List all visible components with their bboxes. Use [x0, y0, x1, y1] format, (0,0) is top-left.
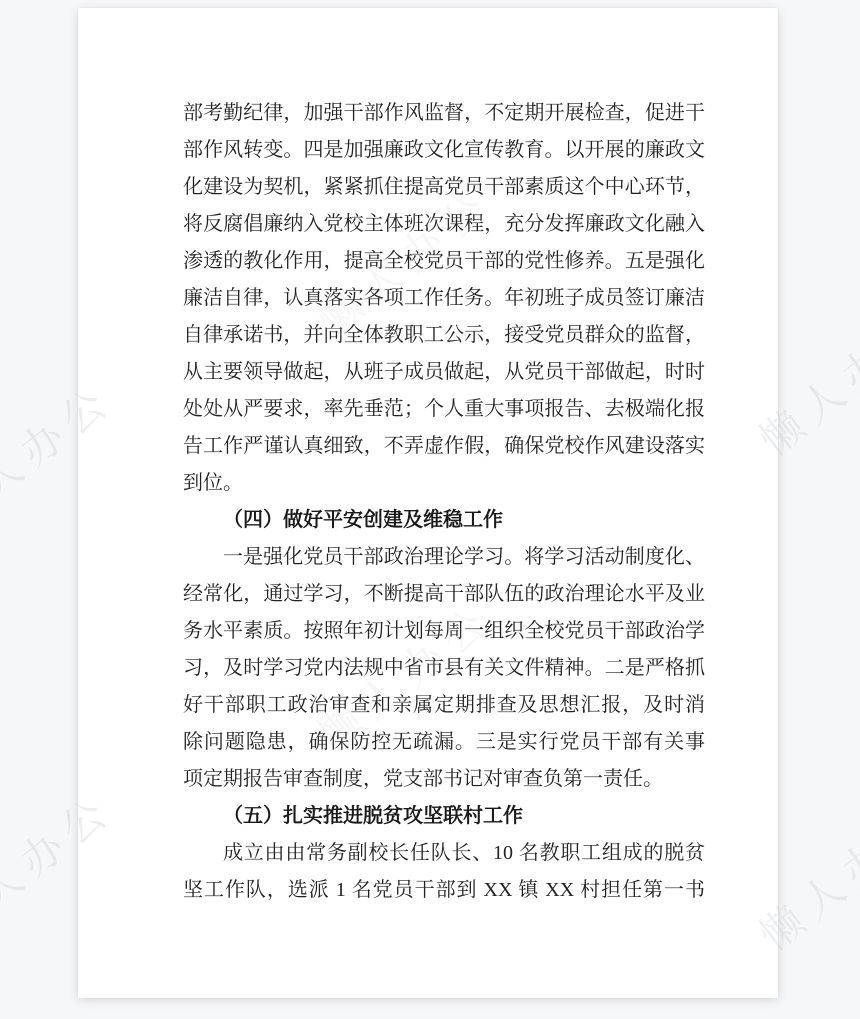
- body-line: 化建设为契机，紧紧抓住提高党员干部素质这个中心环节，: [183, 169, 705, 206]
- document-page: 部考勤纪律，加强干部作风监督，不定期开展检查，促进干 部作风转变。四是加强廉政文…: [78, 8, 778, 998]
- section-heading-5: （五）扎实推进脱贫攻坚联村工作: [183, 798, 705, 835]
- body-line: 从主要领导做起，从班子成员做起，从党员干部做起，时时: [183, 354, 705, 391]
- body-line: 告工作严谨认真细致，不弄虚作假，确保党校作风建设落实: [183, 428, 705, 465]
- body-line: 除问题隐患，确保防控无疏漏。三是实行党员干部有关事: [183, 724, 705, 761]
- body-line: 一是强化党员干部政治理论学习。将学习活动制度化、: [183, 539, 705, 576]
- body-line: 项定期报告审查制度，党支部书记对审查负第一责任。: [183, 761, 705, 798]
- body-line: 渗透的教化作用，提高全校党员干部的党性修养。五是强化: [183, 243, 705, 280]
- body-line: 将反腐倡廉纳入党校主体班次课程，充分发挥廉政文化融入: [183, 206, 705, 243]
- body-line: 经常化，通过学习，不断提高干部队伍的政治理论水平及业: [183, 576, 705, 613]
- body-line: 廉洁自律，认真落实各项工作任务。年初班子成员签订廉洁: [183, 280, 705, 317]
- body-line: 坚工作队，选派 1 名党员干部到 XX 镇 XX 村担任第一书记。: [183, 872, 705, 909]
- body-line: 部考勤纪律，加强干部作风监督，不定期开展检查，促进干: [183, 95, 705, 132]
- body-line: 部作风转变。四是加强廉政文化宣传教育。以开展的廉政文: [183, 132, 705, 169]
- body-line: 成立由由常务副校长任队长、10 名教职工组成的脱贫攻: [183, 835, 705, 872]
- body-line: 务水平素质。按照年初计划每周一组织全校党员干部政治学: [183, 613, 705, 650]
- document-viewer: { "colors": { "background": "#f6f7f8", "…: [0, 0, 860, 1019]
- body-line: 到位。: [183, 465, 705, 502]
- document-body: 部考勤纪律，加强干部作风监督，不定期开展检查，促进干 部作风转变。四是加强廉政文…: [183, 95, 705, 909]
- body-line: 自律承诺书，并向全体教职工公示，接受党员群众的监督，: [183, 317, 705, 354]
- body-line: 处处从严要求，率先垂范；个人重大事项报告、去极端化报: [183, 391, 705, 428]
- section-heading-4: （四）做好平安创建及维稳工作: [183, 502, 705, 539]
- body-line: 好干部职工政治审查和亲属定期排查及思想汇报，及时消: [183, 687, 705, 724]
- body-line: 习，及时学习党内法规中省市县有关文件精神。二是严格抓: [183, 650, 705, 687]
